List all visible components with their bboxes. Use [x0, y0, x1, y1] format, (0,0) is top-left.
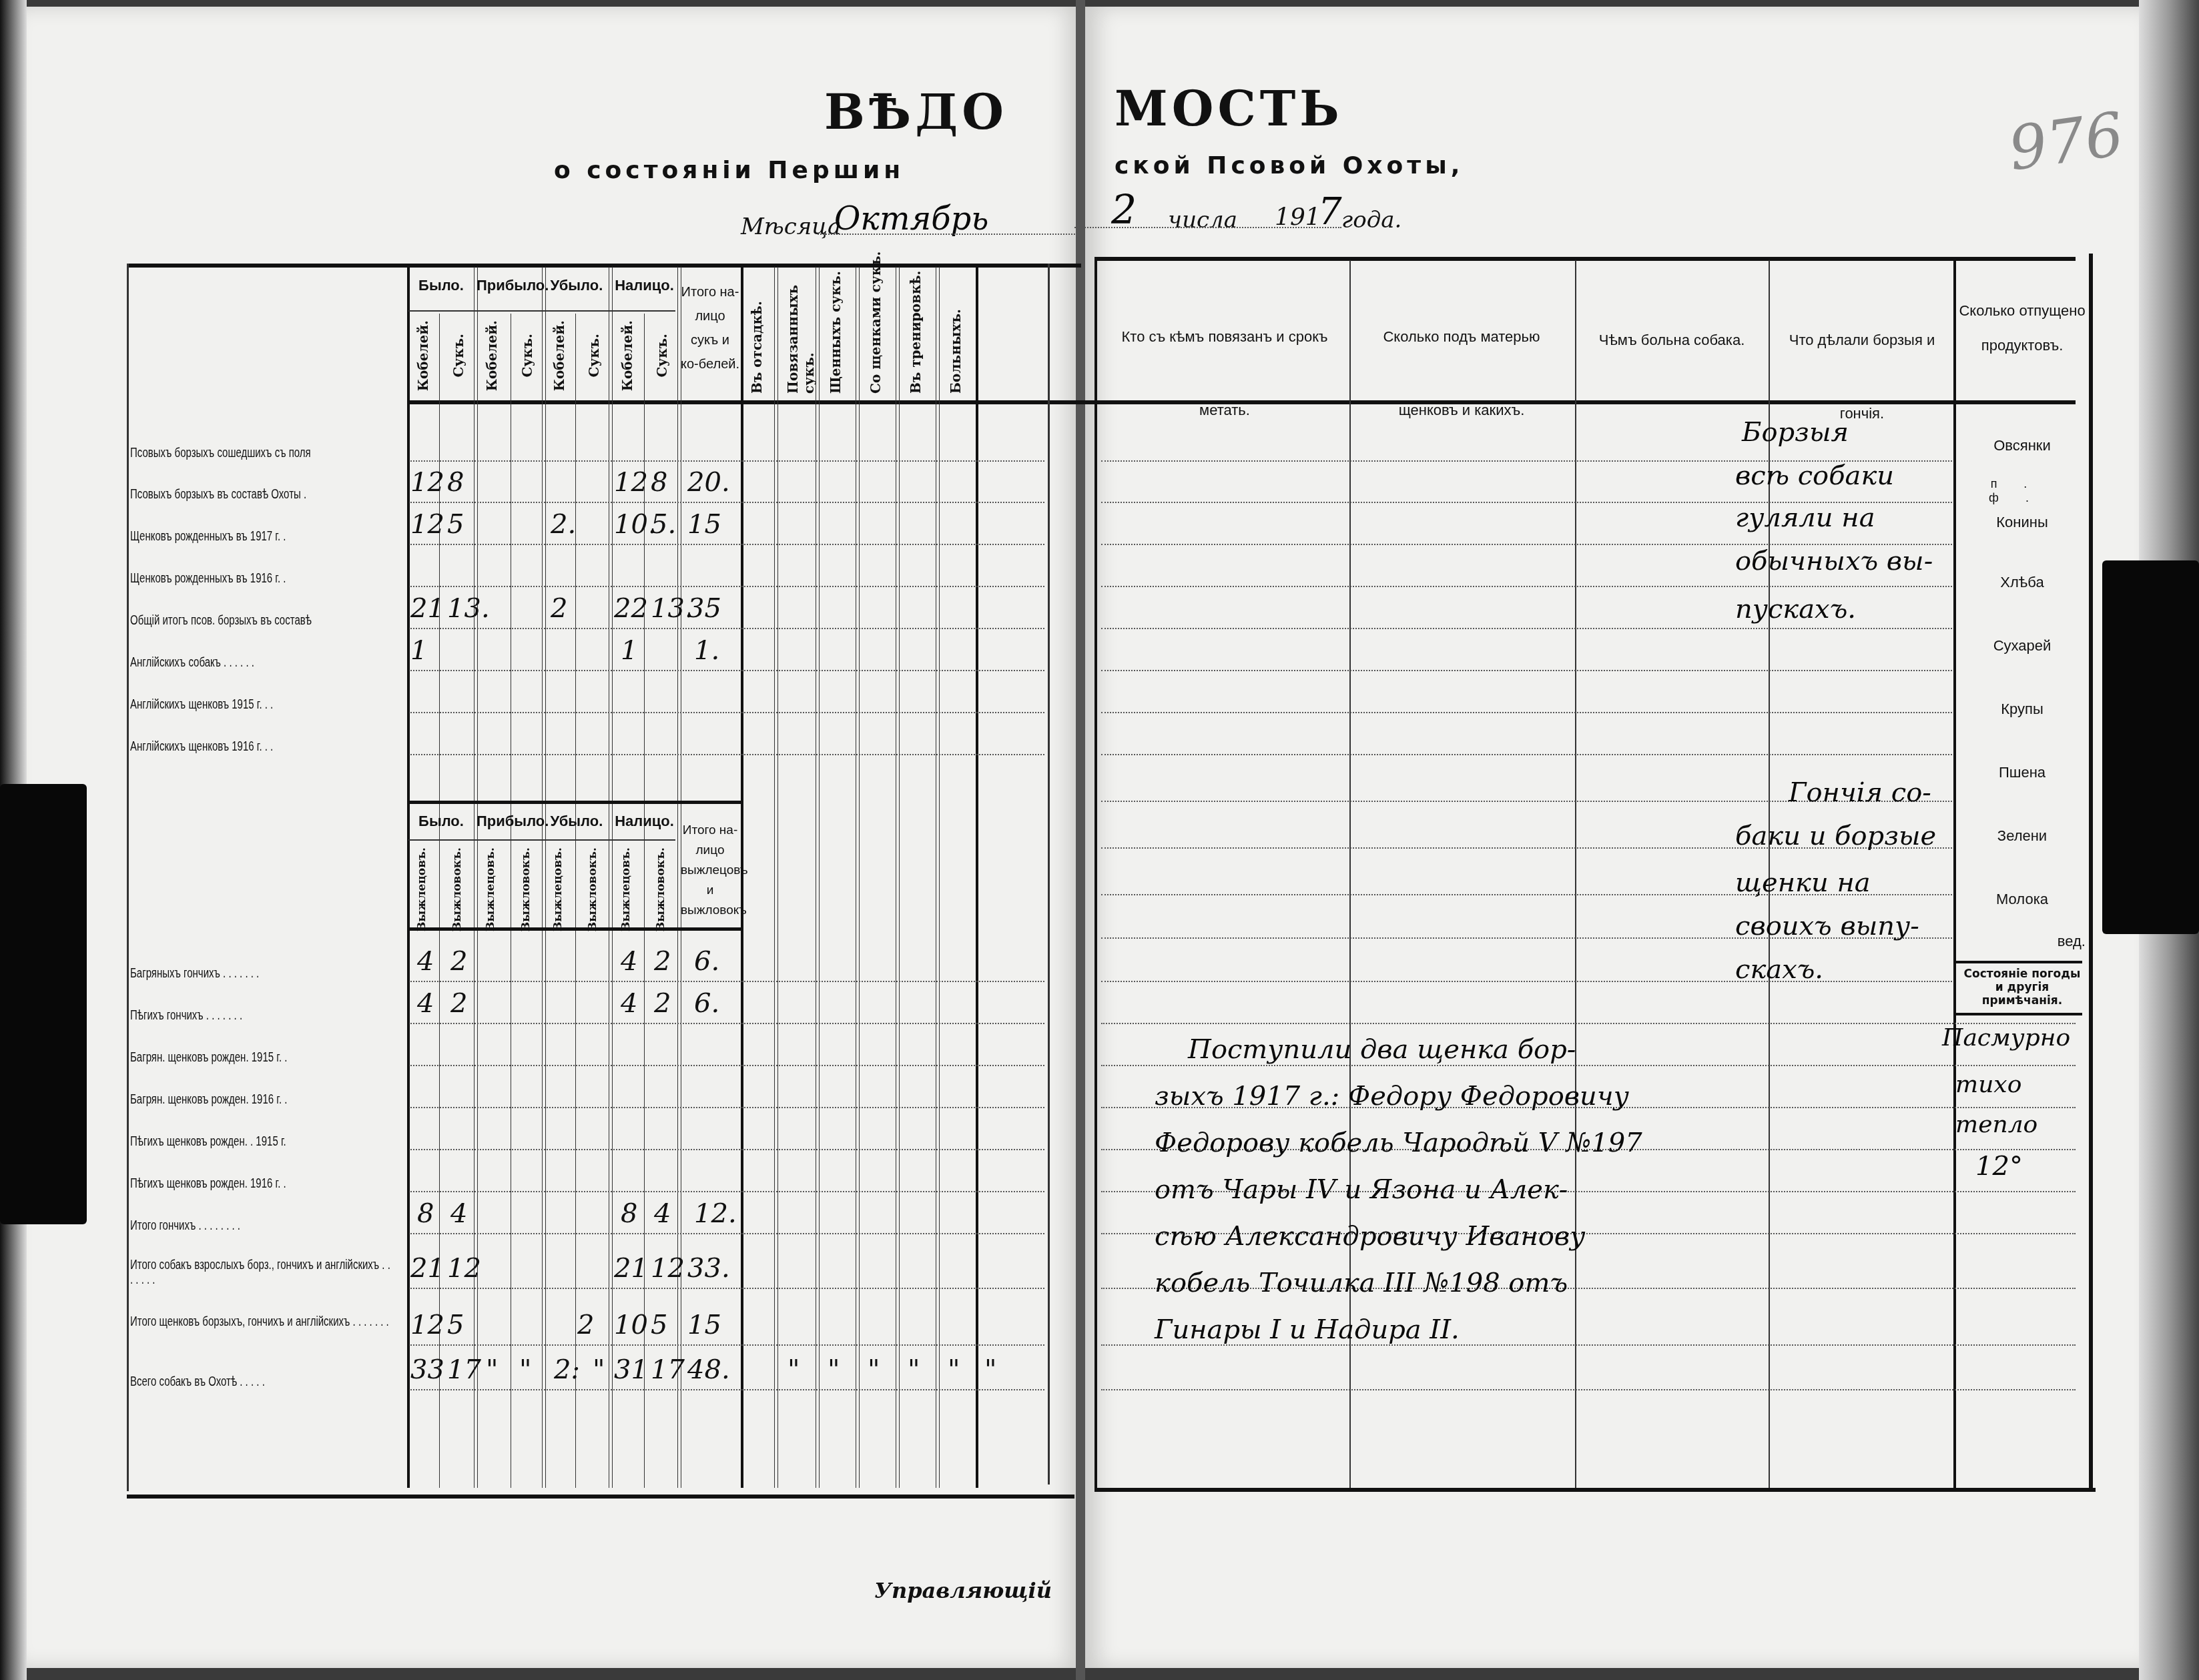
cell: 12: [410, 467, 444, 498]
cell: 21: [614, 1253, 648, 1284]
sub-suk: Сукъ.: [519, 334, 535, 377]
title-left: ВѢДО: [824, 83, 1008, 140]
right-table-left-border: [1094, 257, 1097, 1491]
row-label: Англiйскихъ щенковъ 1915 г. . .: [130, 697, 330, 713]
header-ubylo: Убыло.: [545, 277, 609, 294]
month-label: Мѣсяца: [741, 214, 841, 240]
handwritten-line: всѣ собаки: [1735, 460, 1894, 491]
left-table-left-border: [127, 264, 129, 1491]
col-divider: [542, 267, 546, 1488]
sub-kobeley: Кобелей.: [619, 320, 635, 391]
cell: 6.: [694, 946, 719, 977]
handwritten-line: скахъ.: [1735, 954, 1823, 985]
product-unit: п. ф.: [1959, 477, 2086, 505]
row-label: Багряныхъ гончихъ . . . . . . .: [130, 966, 330, 981]
row-line: [1101, 712, 1952, 713]
cell: 10: [614, 1310, 648, 1340]
subtitle-right: ской Псовой Охоты,: [1115, 152, 1464, 179]
cell: 4: [621, 946, 637, 977]
row-label: Англiйскихъ щенковъ 1916 г. . .: [130, 739, 330, 755]
header-products: Сколько отпущено продуктовъ.: [1959, 294, 2086, 363]
row-line: [410, 1065, 1044, 1066]
handwritten-line: Гончiя со-: [1789, 777, 1931, 808]
handwritten-line: тихо: [1955, 1071, 2021, 1098]
cell: 33: [410, 1354, 444, 1385]
row-line: [410, 1191, 1044, 1192]
cell: 17: [651, 1354, 685, 1385]
cell: 12: [447, 1253, 481, 1284]
header-illness: Чѣмъ больна собака.: [1582, 304, 1762, 377]
handwritten-line: Федорову кобель Чародѣй V №197: [1155, 1128, 1642, 1158]
cell: 21: [410, 1253, 444, 1284]
cell: 4: [417, 946, 434, 977]
handwritten-line: зыхъ 1917 г.: Федору Федоровичу: [1155, 1081, 1629, 1112]
row-line: [410, 1107, 1044, 1108]
cell: 48.: [687, 1354, 730, 1385]
sub-suk: Сукъ.: [586, 334, 602, 377]
cell: ": [828, 1354, 840, 1385]
binder-clip-right: [2102, 560, 2199, 934]
cell: 2:: [554, 1354, 580, 1385]
col-divider: [575, 314, 576, 1488]
cell: 21: [410, 593, 444, 624]
cell: 2: [551, 593, 567, 624]
row-line: [410, 670, 1044, 671]
sub-suk: Сукъ.: [654, 334, 670, 377]
hound-header-subdivider: [408, 839, 675, 841]
header-pribylo: Прибыло.: [477, 277, 542, 294]
cell: 35: [687, 593, 721, 624]
weather-header: Состоянiе погоды и другiя примѣчанiя.: [1959, 967, 2086, 1007]
cell: ": [519, 1354, 531, 1385]
handwritten-line: гуляли на: [1735, 502, 1875, 533]
handwritten-line: Борзыя: [1742, 417, 1849, 448]
left-table-bottom-border: [127, 1495, 1074, 1499]
col-divider: [741, 267, 743, 1488]
hound-header-nalico: Налицо.: [611, 813, 677, 830]
col-divider: [474, 267, 478, 1488]
handwritten-line: Гинары I и Надира II.: [1155, 1314, 1460, 1345]
handwritten-line: щенки на: [1735, 867, 1871, 898]
hound-header-pribylo: Прибыло.: [477, 813, 542, 830]
header-subdivider: [408, 310, 675, 312]
header-shchennyh: Щенныхъ сукъ.: [828, 280, 844, 394]
sub-kobeley: Кобелей.: [551, 320, 567, 391]
cell: 2: [654, 988, 671, 1019]
cell: 20.: [687, 467, 730, 498]
header-total-borzoi: Итого на-лицо сукъ и ко-белей.: [681, 280, 739, 376]
cell: 2: [577, 1310, 594, 1340]
col-divider: [609, 267, 613, 1488]
cell: ": [868, 1354, 880, 1385]
row-line: [1101, 754, 1952, 755]
row-label: Итого собакъ взрослыхъ борз., гончихъ и …: [130, 1258, 390, 1287]
date-underline: [1074, 227, 1341, 228]
sub-vyzhlovok: Выжловокъ.: [586, 847, 599, 931]
sub-vyzhlovok: Выжловокъ.: [654, 847, 667, 931]
cell: ": [948, 1354, 960, 1385]
handwritten-line: пускахъ.: [1735, 594, 1856, 624]
product-greens: Зелени: [1959, 827, 2086, 845]
row-label: Псовыхъ борзыхъ въ составѣ Охоты .: [130, 487, 330, 502]
row-line: [1101, 981, 1952, 982]
sub-suk: Сукъ.: [450, 334, 466, 377]
product-milk: Молока: [1959, 891, 2086, 908]
header-nalico: Налицо.: [611, 277, 677, 294]
cell: 5: [447, 509, 464, 540]
cell: ": [984, 1354, 996, 1385]
col-divider: [816, 267, 820, 1488]
row-line: [410, 628, 1044, 629]
year-label: года.: [1341, 207, 1401, 234]
header-povyazannyh: Повязанныхъ сукъ.: [785, 287, 817, 394]
row-line: [410, 1344, 1044, 1346]
title-right: МОСТЬ: [1115, 80, 1343, 137]
cell: 13.: [447, 593, 490, 624]
row-label: Англiйскихъ собакъ . . . . . .: [130, 655, 330, 671]
row-label: Пѣгихъ гончихъ . . . . . . .: [130, 1008, 330, 1023]
product-vedro: вед.: [1959, 933, 2092, 950]
hound-header-ubylo: Убыло.: [545, 813, 609, 830]
sub-vyzhlecov: Выжлецовъ.: [551, 847, 565, 931]
row-line: [1101, 1023, 2076, 1024]
cell: 15: [687, 509, 721, 540]
row-line: [1101, 670, 1952, 671]
left-table-right-border: [1048, 264, 1050, 1485]
row-line: [410, 1288, 1044, 1289]
cell: 5: [447, 1310, 464, 1340]
handwritten-line: Поступили два щенка бор-: [1188, 1034, 1576, 1065]
row-line: [1101, 586, 1952, 587]
handwritten-line: отъ Чары IV и Язона и Алек-: [1155, 1174, 1568, 1205]
col-divider: [936, 267, 940, 1488]
row-line: [410, 754, 1044, 755]
cell: 8: [651, 467, 667, 498]
cell: 12: [614, 467, 648, 498]
header-puppies-under-mother: Сколько подъ матерью щенковъ и какихъ.: [1355, 300, 1568, 447]
row-label: Псовыхъ борзыхъ сошедшихъ съ поля: [130, 446, 330, 461]
cell: 1.: [694, 635, 719, 666]
col-divider: [976, 267, 978, 1488]
handwritten-line: тепло: [1955, 1111, 2037, 1138]
handwritten-line: баки и борзые: [1735, 821, 1936, 851]
handwritten-line: своихъ выпу-: [1735, 911, 1919, 941]
right-table-top-border: [1094, 257, 2076, 261]
binder-clip-left: [0, 784, 87, 1224]
cell: 5: [651, 1310, 667, 1340]
weather-header-bottom: [1955, 1013, 2082, 1015]
row-line: [1101, 1065, 2076, 1066]
row-label: Щенковъ рожденныхъ въ 1917 г. .: [130, 529, 330, 544]
handwritten-line: сѣю Александровичу Иванову: [1155, 1221, 1585, 1252]
cell: ": [593, 1354, 605, 1385]
cell: 17: [447, 1354, 481, 1385]
cell: ": [486, 1354, 498, 1385]
handwritten-line: обычныхъ вы-: [1735, 546, 1933, 576]
header-so-shchenkami: Со щенками сукъ.: [868, 277, 884, 394]
row-line: [1101, 628, 1952, 629]
product-horsemeat: Конины: [1959, 514, 2086, 531]
row-label: Общiй итогъ псов. борзыхъ въ составѣ: [130, 613, 330, 628]
handwritten-line: Пасмурно: [1942, 1024, 2070, 1052]
cell: 2: [654, 946, 671, 977]
row-line: [1101, 1389, 2076, 1390]
row-line: [410, 1233, 1044, 1234]
cell: ": [788, 1354, 800, 1385]
row-line: [410, 981, 1044, 982]
day-label: числа: [1168, 207, 1237, 234]
cell: 2.: [551, 509, 576, 540]
handwritten-line: 12°: [1975, 1151, 2023, 1182]
col-divider: [774, 267, 778, 1488]
cell: 4: [450, 1198, 467, 1229]
header-v-trenirovke: Въ тренировкѣ.: [908, 280, 924, 394]
row-line: [410, 586, 1044, 587]
row-label: Итого щенковъ борзыхъ, гончихъ и англiйс…: [130, 1314, 390, 1329]
cell: 8: [417, 1198, 434, 1229]
row-label: Пѣгихъ щенковъ рожден. 1916 г. .: [130, 1176, 330, 1192]
cell: 12: [410, 509, 444, 540]
cell: 31: [614, 1354, 648, 1385]
cell: 4: [621, 988, 637, 1019]
header-bolnyh: Больныхъ.: [948, 300, 964, 394]
product-oats: Овсянки: [1959, 437, 2086, 454]
product-rusks: Сухарей: [1959, 637, 2086, 655]
left-page: [27, 7, 1081, 1668]
header-v-otsadke: Въ отсадкѣ.: [749, 287, 765, 394]
right-table-bottom-border: [1094, 1488, 2096, 1492]
sub-vyzhlecov: Выжлецовъ.: [484, 847, 497, 931]
weather-header-top: [1955, 961, 2082, 963]
cell: ": [908, 1354, 920, 1385]
cell: 2: [450, 988, 467, 1019]
cell: 5.: [651, 509, 676, 540]
cell: 8: [621, 1198, 637, 1229]
cell: 4: [417, 988, 434, 1019]
month-value: Октябрь: [834, 200, 988, 238]
row-label: Итого гончихъ . . . . . . . .: [130, 1218, 330, 1234]
row-line: [410, 460, 1044, 462]
product-millet: Пшена: [1959, 764, 2086, 781]
row-line: [1101, 544, 1952, 545]
cell: 12: [651, 1253, 685, 1284]
row-label: Пѣгихъ щенковъ рожден. . 1915 г.: [130, 1134, 330, 1150]
col-divider: [896, 267, 900, 1488]
row-label: Всего собакъ въ Охотѣ . . . . .: [130, 1374, 330, 1390]
product-groats: Крупы: [1959, 701, 2086, 718]
cell: 15: [687, 1310, 721, 1340]
sub-vyzhlovok: Выжловокъ.: [519, 847, 533, 931]
row-line: [410, 1389, 1044, 1390]
product-bread: Хлѣба: [1959, 574, 2086, 591]
sub-kobeley: Кобелей.: [484, 320, 500, 391]
header-bylo: Было.: [408, 277, 474, 294]
row-line: [410, 712, 1044, 713]
book-spine: [1076, 0, 1085, 1680]
row-label: Багрян. щенковъ рожден. 1915 г. .: [130, 1050, 330, 1066]
left-label-column-divider: [407, 267, 410, 1488]
row-line: [410, 502, 1044, 503]
cell: 4: [654, 1198, 671, 1229]
cell: 12.: [694, 1198, 737, 1229]
row-label: Багрян. щенковъ рожден. 1916 г. .: [130, 1092, 330, 1108]
cell: 2: [450, 946, 467, 977]
col-divider: [1953, 260, 1956, 1488]
col-divider: [1575, 260, 1576, 1488]
cell: 8: [447, 467, 464, 498]
signature-label: Управляющiй: [874, 1578, 1052, 1603]
subtitle-left: о состоянiи Першин: [554, 157, 904, 184]
row-line: [410, 1023, 1044, 1024]
hound-header-bylo: Было.: [408, 813, 474, 830]
cell: 1: [410, 635, 427, 666]
row-line: [410, 544, 1044, 545]
cell: 6.: [694, 988, 719, 1019]
cell: 33.: [687, 1253, 730, 1284]
sub-vyzhlecov: Выжлецовъ.: [619, 847, 633, 931]
sub-vyzhlovok: Выжловокъ.: [450, 847, 464, 931]
cell: 22: [614, 593, 648, 624]
hound-header-top: [408, 801, 742, 804]
cell: 1: [621, 635, 637, 666]
row-label: Щенковъ рожденныхъ въ 1916 г. .: [130, 571, 330, 586]
row-line: [410, 1149, 1044, 1150]
header-who-mated: Кто съ кѣмъ повязанъ и срокъ метать.: [1108, 300, 1341, 447]
hound-header-total: Итого на-лицо выжлецовъ и выжловокъ: [681, 821, 739, 921]
handwritten-line: кобель Точилка III №198 отъ: [1155, 1268, 1568, 1298]
sub-vyzhlecov: Выжлецовъ.: [415, 847, 428, 931]
month-underline: [818, 234, 1078, 235]
sub-kobeley: Кобелей.: [415, 320, 431, 391]
col-divider: [856, 267, 860, 1488]
col-divider: [1349, 260, 1351, 1488]
col-divider: [511, 314, 511, 1488]
cell: 12: [410, 1310, 444, 1340]
right-table-right-border: [2089, 254, 2093, 1488]
